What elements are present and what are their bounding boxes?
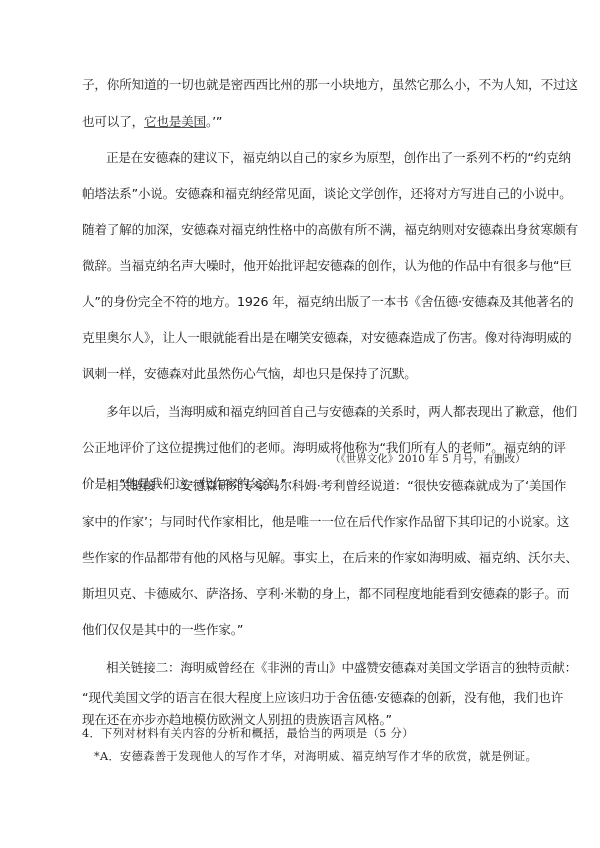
link-two-line: 相关链接二：海明威曾经在《非洲的青山》中盛赞安德森对美国文学语言的独特贡献：	[106, 660, 522, 676]
text-segment: 。’”	[206, 114, 222, 129]
link-one-line: 斯坦贝克、卡德威尔、萨洛扬、亨利·米勒的身上，都不同程度地能看到安德森的影子。而	[82, 586, 522, 602]
question-option-a: *A．安德森善于发现他人的写作才华，对海明威、福克纳写作才华的欣赏，就是例证。	[94, 750, 537, 764]
link-one-line: 相关链接一：安德森研究专家马尔科姆·考利曾经说道：“很快安德森就成为了‘美国作	[106, 478, 522, 494]
question-stem: 4．下列对材料有关内容的分析和概括，最恰当的两项是（5 分）	[82, 727, 414, 741]
paragraph-line: 正是在安德森的建议下，福克纳以自己的家乡为原型，创作出了一系列不朽的“约克纳	[106, 150, 522, 166]
source-citation: （《世界文化》2010 年 5 月号，有删改）	[330, 452, 526, 466]
text-segment: 也可以了，	[82, 114, 144, 129]
underlined-text: 它也是美国	[144, 114, 206, 129]
paragraph-line: 多年以后，当海明威和福克纳回首自己与安德森的关系时，两人都表现出了歉意，他们	[106, 404, 522, 420]
paragraph-line: 微辞。当福克纳名声大噪时，他开始批评起安德森的创作，认为他的作品中有很多与他“巨	[82, 258, 522, 274]
paragraph-line: 也可以了，它也是美国。’”	[82, 114, 522, 130]
paragraph-line: 随着了解的加深，安德森对福克纳性格中的高傲有所不满，福克纳则对安德森出身贫寒颇有	[82, 222, 522, 238]
link-two-line: “现代美国文学的语言在很大程度上应该归功于舍伍德·安德森的创新，没有他，我们也许	[82, 690, 522, 706]
paragraph-line: 克里奥尔人》，让人一眼就能看出是在嘲笑安德森，对安德森造成了伤害。像对待海明威的	[82, 330, 522, 346]
link-one-line: 家中的作家’；与同时代作家相比，他是唯一一位在后代作家作品留下其印记的小说家。这	[82, 514, 522, 530]
paragraph-line: 子，你所知道的一切也就是密西西比州的那一小块地方，虽然它那么小，不为人知，不过这	[82, 77, 522, 93]
link-two-line: 现在还在亦步亦趋地模仿欧洲文人别扭的贵族语言风格。”	[82, 712, 522, 728]
link-one-line: 些作家的作品都带有他的风格与见解。事实上，在后来的作家如海明威、福克纳、沃尔夫、	[82, 550, 522, 566]
link-one-line: 他们仅仅是其中的一些作家。”	[82, 622, 522, 638]
paragraph-line: 帕塔法系”小说。安德森和福克纳经常见面，谈论文学创作，还将对方写进自己的小说中。	[82, 186, 522, 202]
paragraph-line: 人”的身份完全不符的地方。1926 年，福克纳出版了一本书《舍伍德·安德森及其他…	[82, 294, 522, 310]
paragraph-line: 讽刺一样，安德森对此虽然伤心气恼，却也只是保持了沉默。	[82, 366, 522, 382]
